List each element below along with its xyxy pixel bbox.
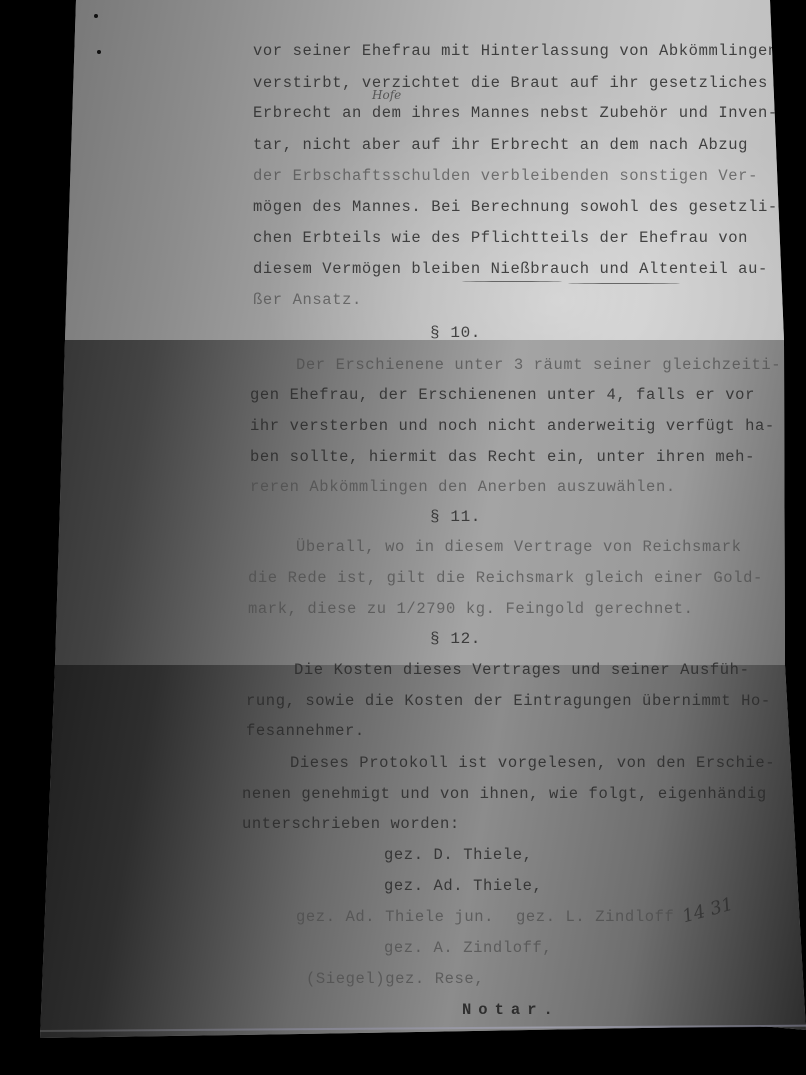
- text-line: Überall, wo in diesem Vertrage von Reich…: [296, 538, 742, 556]
- text-line: mark, diese zu 1/2790 kg. Feingold gerec…: [248, 600, 694, 618]
- document-page: vor seiner Ehefrau mit Hinterlassung von…: [0, 0, 806, 1075]
- text-line: Erbrecht an dem ihres Mannes nebst Zubeh…: [253, 104, 778, 122]
- text-line: Dieses Protokoll ist vorgelesen, von den…: [290, 754, 775, 772]
- document-text: vor seiner Ehefrau mit Hinterlassung von…: [0, 0, 806, 1075]
- text-line: ßer Ansatz.: [253, 291, 362, 309]
- text-line: chen Erbteils wie des Pflichtteils der E…: [253, 229, 748, 247]
- text-line: mögen des Mannes. Bei Berechnung sowohl …: [253, 198, 778, 216]
- signature-line: (Siegel)gez. Rese,: [306, 970, 484, 988]
- text-line: ihr versterben und noch nicht anderweiti…: [250, 417, 775, 435]
- signature-line: gez. Ad. Thiele,: [384, 877, 542, 895]
- section-heading: § 11.: [430, 508, 481, 526]
- signature-line: gez. L. Zindloff: [516, 908, 674, 926]
- text-line: ben sollte, hiermit das Recht ein, unter…: [250, 448, 755, 466]
- text-line: gen Ehefrau, der Erschienenen unter 4, f…: [250, 386, 755, 404]
- signature-line: gez. A. Zindloff,: [384, 939, 552, 957]
- text-line: tar, nicht aber auf ihr Erbrecht an dem …: [253, 136, 748, 154]
- text-line: der Erbschaftsschulden verbleibenden son…: [253, 167, 758, 185]
- margin-annotation: 14 31: [680, 894, 735, 928]
- text-line: nenen genehmigt und von ihnen, wie folgt…: [242, 785, 767, 803]
- text-line: unterschrieben worden:: [242, 815, 460, 833]
- text-line: diesem Vermögen bleiben Nießbrauch und A…: [253, 260, 768, 278]
- section-heading: § 12.: [430, 630, 481, 648]
- notary-title: Notar.: [462, 1001, 560, 1019]
- text-line: verstirbt, verzichtet die Braut auf ihr …: [253, 74, 768, 92]
- text-line: vor seiner Ehefrau mit Hinterlassung von…: [253, 42, 778, 60]
- text-line: reren Abkömmlingen den Anerben auszuwähl…: [250, 478, 676, 496]
- handwritten-underline: [462, 281, 562, 282]
- text-line: die Rede ist, gilt die Reichsmark gleich…: [248, 569, 763, 587]
- text-line: rung, sowie die Kosten der Eintragungen …: [246, 692, 771, 710]
- text-line: fesannehmer.: [246, 722, 365, 740]
- signature-line: gez. Ad. Thiele jun.: [296, 908, 494, 926]
- section-heading: § 10.: [430, 324, 481, 342]
- text-line: Der Erschienene unter 3 räumt seiner gle…: [296, 356, 781, 374]
- handwritten-underline: [568, 283, 680, 284]
- text-line: Die Kosten dieses Vertrages und seiner A…: [294, 661, 749, 679]
- signature-line: gez. D. Thiele,: [384, 846, 533, 864]
- handwritten-insertion: Hofe: [372, 88, 401, 102]
